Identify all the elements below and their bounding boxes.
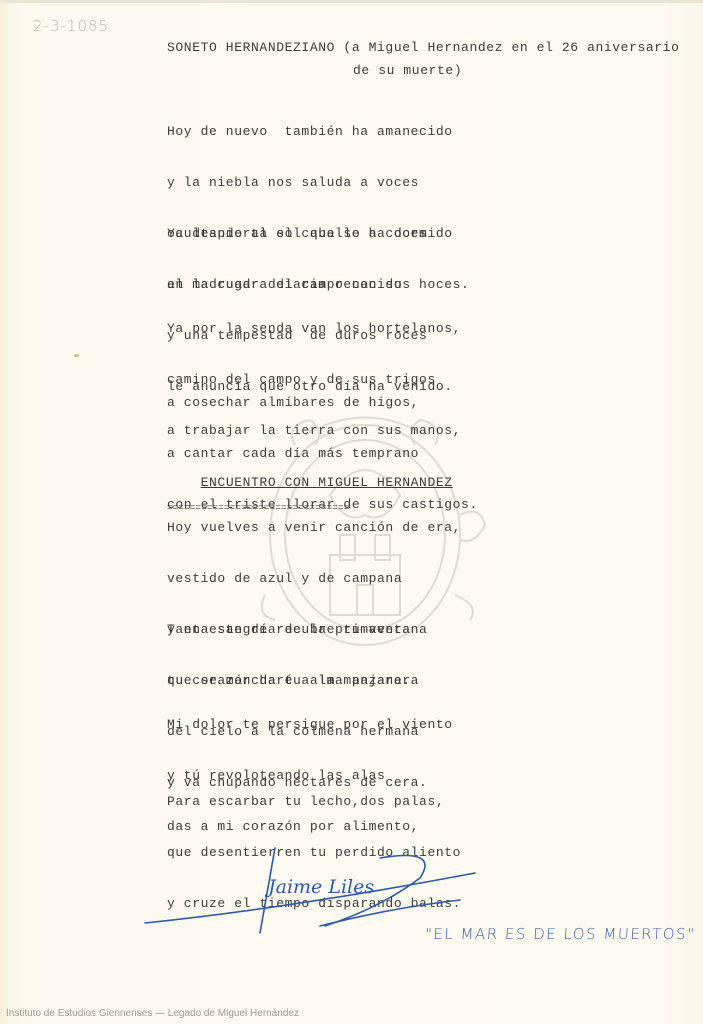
page-top-edge: [0, 0, 703, 3]
signature: Jaime Liles: [140, 838, 500, 938]
handwritten-note: "EL MAR ES DE LOS MUERTOS": [424, 925, 696, 943]
paper-speck: [74, 354, 79, 357]
handwritten-date: 2-3-1085: [33, 17, 109, 35]
verse-line: Ya despierta el caballo a coces: [167, 223, 453, 244]
footer-credit: Instituto de Estudios Giennenses — Legad…: [6, 1008, 299, 1019]
poem-title-line2: de su muerte): [353, 63, 462, 78]
verse-line: Mi dolor te persigue por el viento: [167, 714, 453, 735]
verse-line: y la niebla nos saluda a voces: [167, 172, 469, 193]
verse-line: Hoy vuelves a venir canción de era,: [167, 517, 461, 538]
signature-text: Jaime Liles: [264, 876, 374, 898]
verse-line: Hoy de nuevo también ha amanecido: [167, 121, 469, 142]
document-page: 2-3-1085 SONETO HERNANDEZIANO (a Miguel …: [0, 0, 703, 1024]
verse-line: a cosechar almíbares de higos,: [167, 392, 478, 413]
verse-line: vestido de azul y de campana: [167, 568, 461, 589]
verse-line: Ya por la senda van los hortelanos,: [167, 318, 461, 339]
verse-line: a cantar cada día más temprano: [167, 443, 478, 464]
verse-line: Para escarbar tu lecho,dos palas,: [167, 791, 461, 812]
poem-title-line1: SONETO HERNANDEZIANO (a Miguel Hernandez…: [167, 40, 679, 55]
verse-line: Tanta sangre recubre tu ventana: [167, 619, 427, 640]
